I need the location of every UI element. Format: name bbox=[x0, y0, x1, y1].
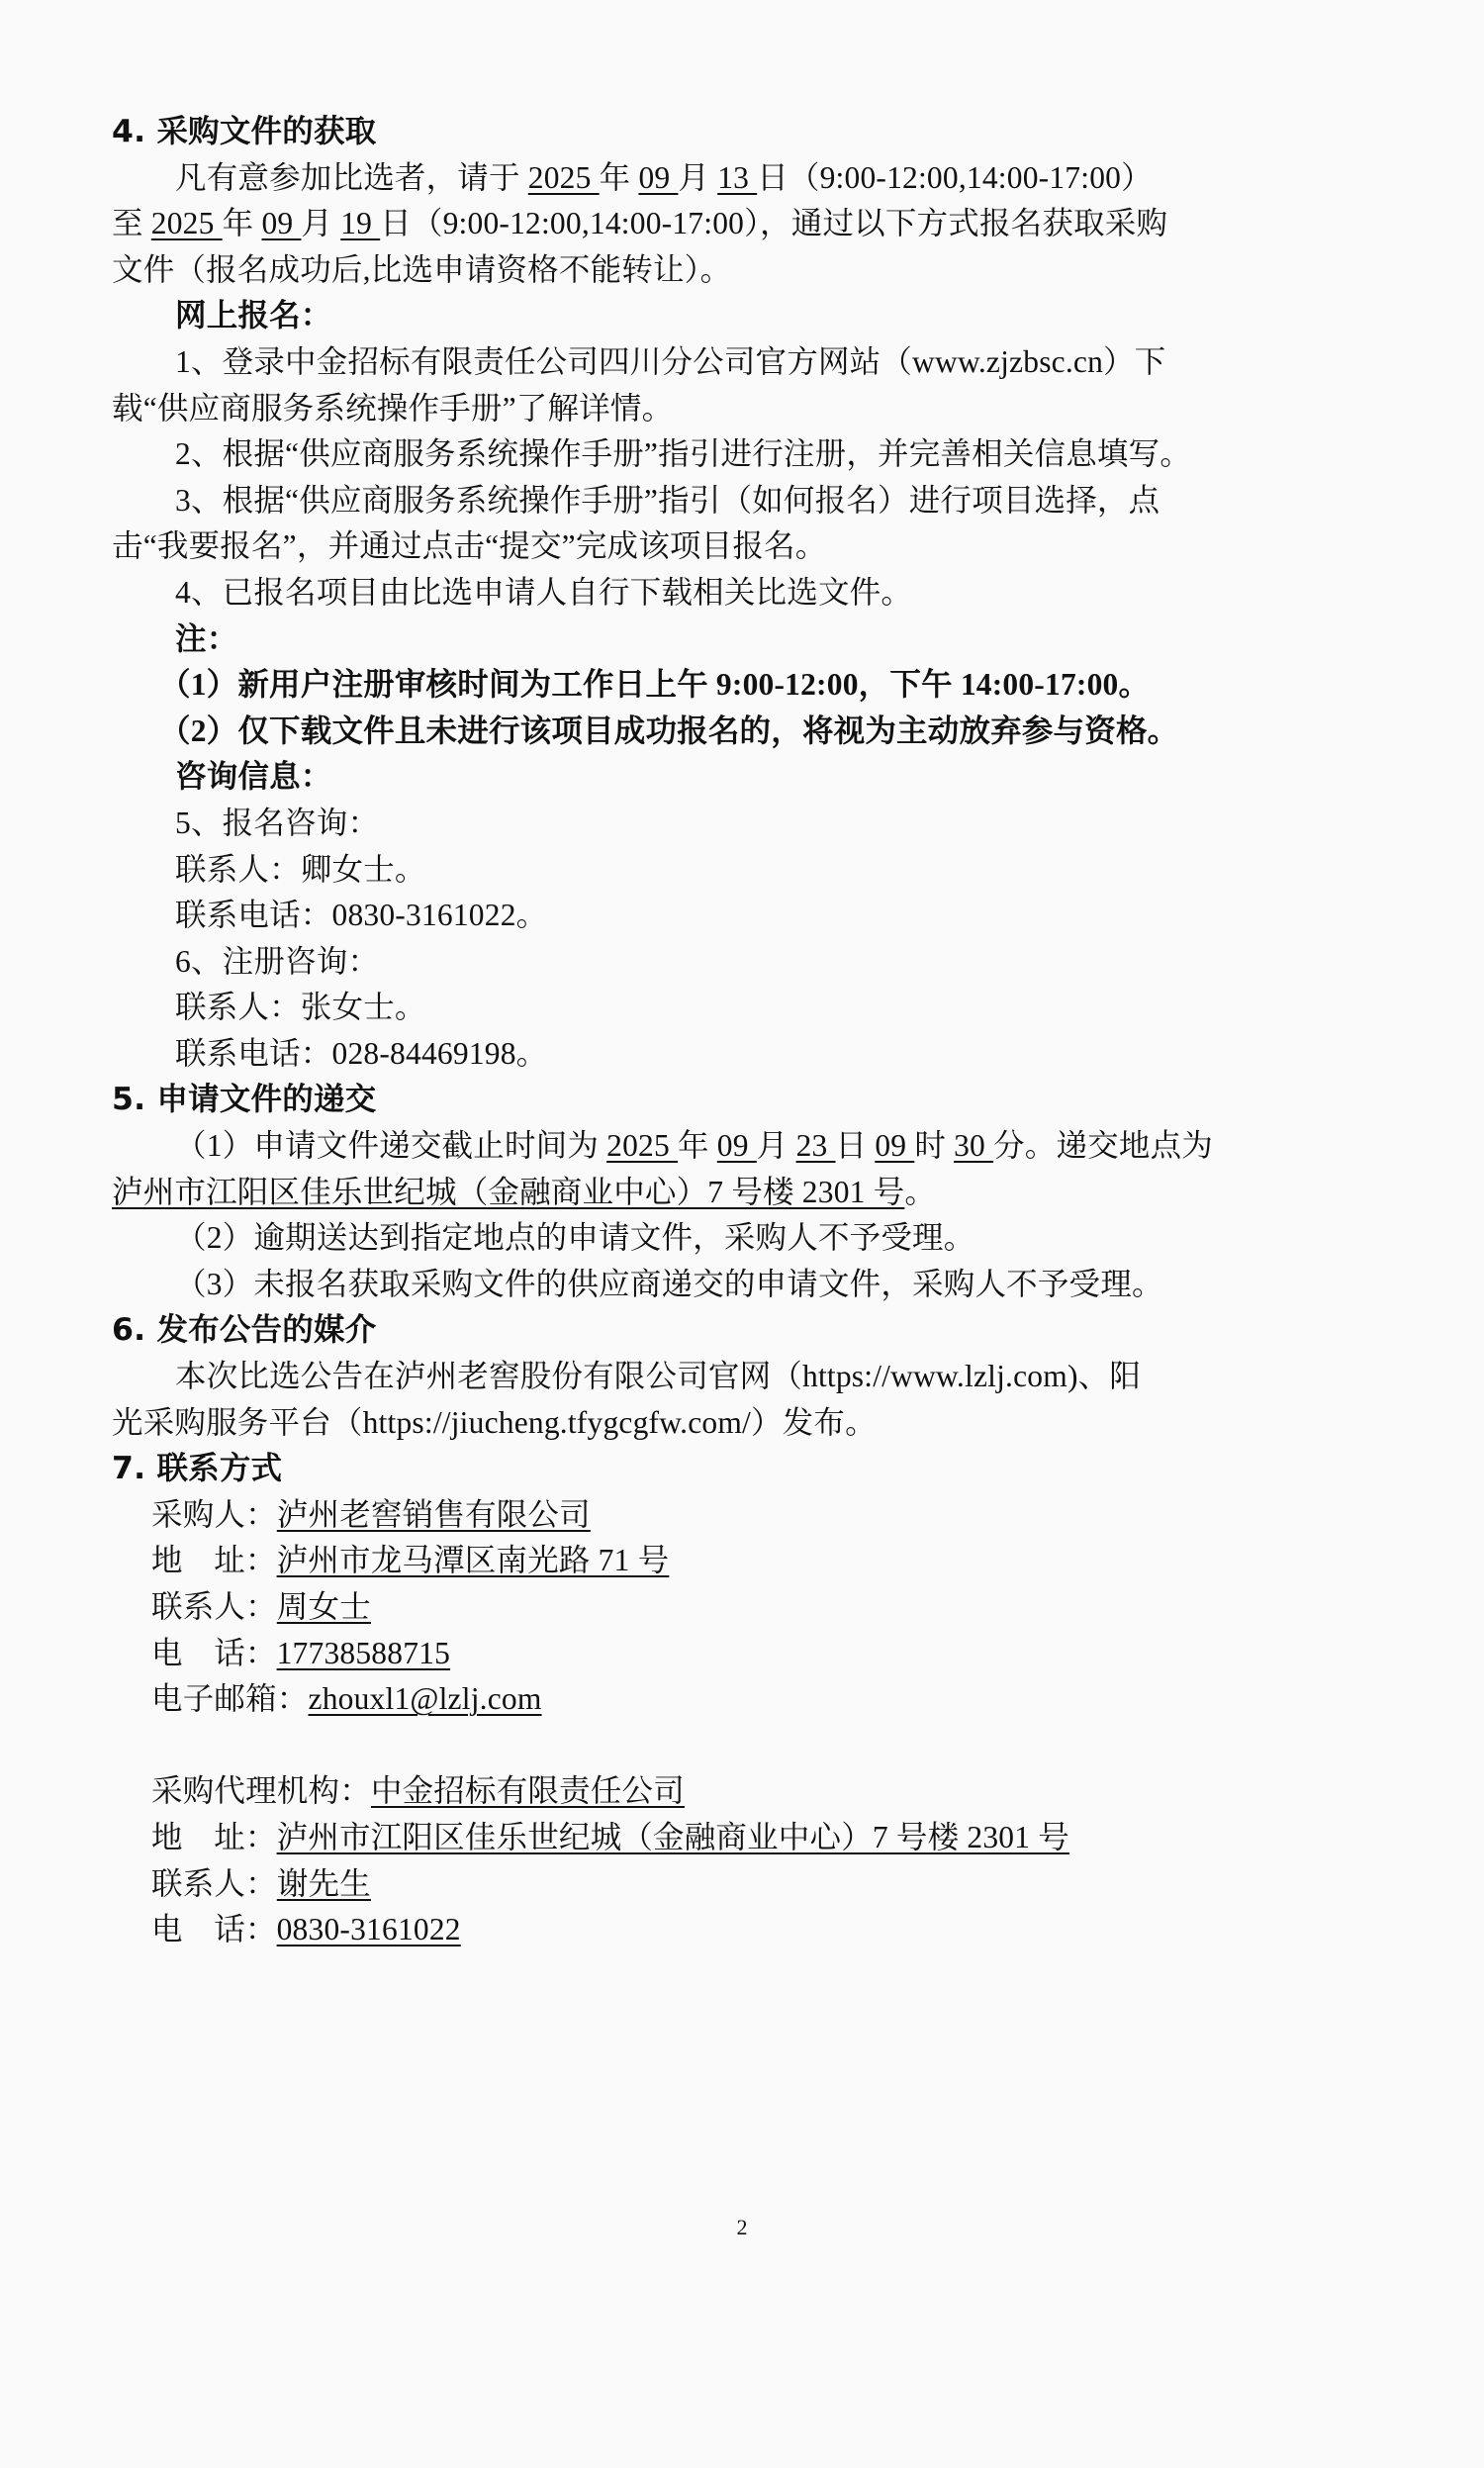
step-line: 3、根据“供应商服务系统操作手册”指引（如何报名）进行项目选择，点 bbox=[112, 478, 1373, 524]
label: 联系人： bbox=[151, 1589, 277, 1624]
consult-title: 咨询信息： bbox=[112, 754, 1373, 801]
agency-phone: 0830-3161022 bbox=[277, 1912, 461, 1946]
end-year: 2025 bbox=[151, 206, 223, 240]
paragraph-line: （2）逾期送达到指定地点的申请文件，采购人不予受理。 bbox=[112, 1215, 1373, 1262]
paragraph-line: （1）申请文件递交截止时间为 2025 年 09 月 23 日 09 时 30 … bbox=[112, 1123, 1373, 1170]
consult-line: 6、注册咨询： bbox=[112, 939, 1373, 986]
end-month: 09 bbox=[261, 206, 301, 240]
text: 月 bbox=[678, 160, 717, 195]
text: 年 bbox=[223, 206, 262, 240]
note-line: （1）新用户注册审核时间为工作日上午 9:00-12:00，下午 14:00-1… bbox=[112, 662, 1373, 709]
purchaser-contact-row: 联系人：周女士 bbox=[112, 1584, 1373, 1631]
label: 电子邮箱： bbox=[151, 1681, 309, 1716]
text: 。 bbox=[904, 1175, 936, 1209]
purchaser-email-row: 电子邮箱：zhouxl1@lzlj.com bbox=[112, 1676, 1373, 1723]
label: 址： bbox=[214, 1820, 276, 1854]
label: 采购代理机构： bbox=[151, 1773, 371, 1808]
page-number: 2 bbox=[0, 2215, 1484, 2240]
label: 话： bbox=[214, 1912, 276, 1946]
text: 年 bbox=[600, 160, 639, 195]
text: 月 bbox=[301, 206, 340, 240]
submission-address: 泸州市江阳区佳乐世纪城（金融商业中心）7 号楼 2301 号 bbox=[112, 1175, 904, 1209]
paragraph-line: （3）未报名获取采购文件的供应商递交的申请文件，采购人不予受理。 bbox=[112, 1262, 1373, 1308]
purchaser-address: 泸州市龙马潭区南光路 71 号 bbox=[277, 1543, 670, 1577]
section-7-heading: 7. 联系方式 bbox=[112, 1446, 1373, 1492]
section-4-heading: 4. 采购文件的获取 bbox=[112, 109, 1373, 155]
deadline-month: 09 bbox=[717, 1128, 757, 1163]
agency-phone-row: 电话：0830-3161022 bbox=[112, 1907, 1373, 1953]
step-line: 2、根据“供应商服务系统操作手册”指引进行注册，并完善相关信息填写。 bbox=[112, 431, 1373, 478]
blank-line bbox=[112, 1723, 1373, 1769]
text: 日 bbox=[836, 1128, 876, 1163]
text: 分。递交地点为 bbox=[993, 1128, 1213, 1163]
section-6-heading: 6. 发布公告的媒介 bbox=[112, 1307, 1373, 1354]
step-line: 4、已报名项目由比选申请人自行下载相关比选文件。 bbox=[112, 570, 1373, 617]
step-line: 击“我要报名”，并通过点击“提交”完成该项目报名。 bbox=[112, 523, 1373, 570]
label: 址： bbox=[214, 1543, 276, 1577]
agency-address: 泸州市江阳区佳乐世纪城（金融商业中心）7 号楼 2301 号 bbox=[277, 1820, 1069, 1854]
paragraph-line: 本次比选公告在泸州老窖股份有限公司官网（https://www.lzlj.com… bbox=[112, 1354, 1373, 1400]
start-year: 2025 bbox=[528, 160, 600, 195]
document-page: 4. 采购文件的获取 凡有意参加比选者，请于 2025 年 09 月 13 日（… bbox=[112, 109, 1373, 1953]
purchaser-address-row: 地址：泸州市龙马潭区南光路 71 号 bbox=[112, 1538, 1373, 1584]
deadline-year: 2025 bbox=[606, 1128, 678, 1163]
purchaser-phone-row: 电话：17738588715 bbox=[112, 1631, 1373, 1677]
end-day: 19 bbox=[340, 206, 380, 240]
step-line: 载“供应商服务系统操作手册”了解详情。 bbox=[112, 386, 1373, 432]
purchaser-contact: 周女士 bbox=[277, 1589, 371, 1624]
text: （1）申请文件递交截止时间为 bbox=[175, 1128, 606, 1163]
agency-name-row: 采购代理机构：中金招标有限责任公司 bbox=[112, 1768, 1373, 1815]
label: 地 bbox=[151, 1820, 183, 1854]
agency-name: 中金招标有限责任公司 bbox=[371, 1773, 685, 1808]
label: 地 bbox=[151, 1543, 183, 1577]
text: 日（9:00-12:00,14:00-17:00） bbox=[757, 160, 1153, 195]
paragraph-line: 文件（报名成功后,比选申请资格不能转让）。 bbox=[112, 247, 1373, 294]
purchaser-name-row: 采购人：泸州老窖销售有限公司 bbox=[112, 1492, 1373, 1539]
note-title: 注： bbox=[112, 617, 1373, 663]
text: 时 bbox=[914, 1128, 954, 1163]
paragraph-line: 至 2025 年 09 月 19 日（9:00-12:00,14:00-17:0… bbox=[112, 201, 1373, 247]
consult-line: 联系电话：028-84469198。 bbox=[112, 1031, 1373, 1078]
consult-line: 联系电话：0830-3161022。 bbox=[112, 893, 1373, 939]
label: 电 bbox=[151, 1636, 183, 1670]
paragraph-line: 泸州市江阳区佳乐世纪城（金融商业中心）7 号楼 2301 号。 bbox=[112, 1170, 1373, 1216]
consult-line: 联系人：张女士。 bbox=[112, 985, 1373, 1031]
paragraph-line: 光采购服务平台（https://jiucheng.tfygcgfw.com/）发… bbox=[112, 1400, 1373, 1447]
label: 采购人： bbox=[151, 1497, 277, 1532]
text: 至 bbox=[112, 206, 151, 240]
start-month: 09 bbox=[638, 160, 678, 195]
section-5-heading: 5. 申请文件的递交 bbox=[112, 1077, 1373, 1123]
agency-address-row: 地址：泸州市江阳区佳乐世纪城（金融商业中心）7 号楼 2301 号 bbox=[112, 1815, 1373, 1861]
agency-contact: 谢先生 bbox=[277, 1866, 371, 1901]
text: 凡有意参加比选者，请于 bbox=[175, 160, 528, 195]
agency-contact-row: 联系人：谢先生 bbox=[112, 1861, 1373, 1908]
consult-line: 联系人：卿女士。 bbox=[112, 847, 1373, 894]
label: 联系人： bbox=[151, 1866, 277, 1901]
purchaser-name: 泸州老窖销售有限公司 bbox=[277, 1497, 591, 1532]
text: 年 bbox=[678, 1128, 717, 1163]
deadline-minute: 30 bbox=[954, 1128, 993, 1163]
deadline-hour: 09 bbox=[875, 1128, 914, 1163]
paragraph-line: 凡有意参加比选者，请于 2025 年 09 月 13 日（9:00-12:00,… bbox=[112, 155, 1373, 202]
note-line: （2）仅下载文件且未进行该项目成功报名的，将视为主动放弃参与资格。 bbox=[112, 709, 1373, 755]
purchaser-email: zhouxl1@lzlj.com bbox=[309, 1681, 542, 1716]
purchaser-phone: 17738588715 bbox=[277, 1636, 450, 1670]
label: 电 bbox=[151, 1912, 183, 1946]
label: 话： bbox=[214, 1636, 276, 1670]
text: 月 bbox=[757, 1128, 796, 1163]
start-day: 13 bbox=[717, 160, 757, 195]
step-line: 1、登录中金招标有限责任公司四川分公司官方网站（www.zjzbsc.cn）下 bbox=[112, 339, 1373, 386]
text: 日（9:00-12:00,14:00-17:00），通过以下方式报名获取采购 bbox=[380, 206, 1167, 240]
deadline-day: 23 bbox=[796, 1128, 836, 1163]
online-registration-title: 网上报名： bbox=[112, 293, 1373, 339]
consult-line: 5、报名咨询： bbox=[112, 801, 1373, 847]
